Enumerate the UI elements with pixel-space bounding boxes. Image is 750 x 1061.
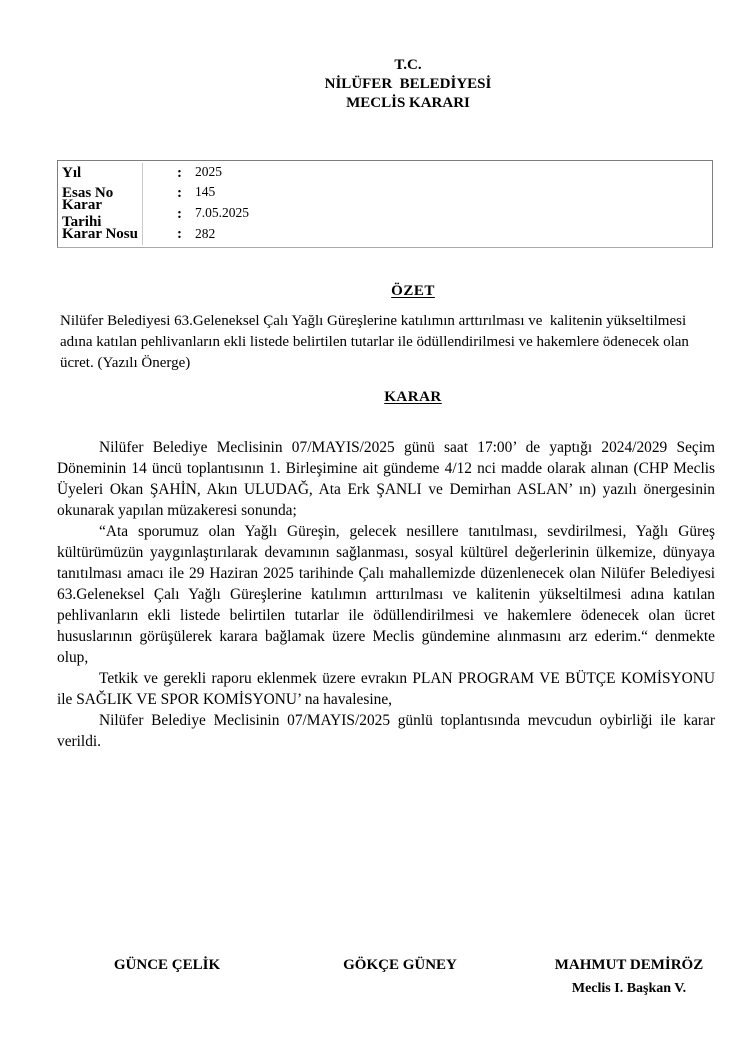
year-value: 2025 [188,164,712,180]
decision-date-value: 7.05.2025 [188,205,712,221]
table-row-case-no: Esas No : 145 [58,183,712,203]
colon-separator: : [142,204,188,225]
signature-name-left: GÜNCE ÇELİK [114,957,220,974]
decision-no-label: Karar Nosu [58,226,142,243]
colon-separator: : [142,183,188,203]
summary-section: ÖZET [57,283,715,300]
colon-separator: : [142,225,188,245]
header-document-type: MECLİS KARARI [79,94,737,113]
summary-paragraph: Nilüfer Belediyesi 63.Geleneksel Çalı Ya… [60,311,712,374]
decision-paragraph-2: “Ata sporumuz olan Yağlı Güreşin, gelece… [57,521,715,668]
header-municipality-name: NİLÜFER BELEDİYESİ [79,75,737,94]
decision-info-table: Yıl : 2025 Esas No : 145 Karar Tarihi : … [57,160,713,248]
summary-heading: ÖZET [391,283,435,299]
decision-body: Nilüfer Belediye Meclisinin 07/MAYIS/202… [57,437,715,752]
document-header: T.C. NİLÜFER BELEDİYESİ MECLİS KARARI [57,56,715,113]
colon-separator: : [142,163,188,183]
signature-name-right: MAHMUT DEMİRÖZ [555,957,703,974]
case-no-value: 145 [188,184,712,200]
year-label: Yıl [58,165,142,182]
decision-paragraph-4: Nilüfer Belediye Meclisinin 07/MAYIS/202… [57,710,715,752]
header-state-title: T.C. [79,56,737,75]
decision-paragraph-3: Tetkik ve gerekli raporu eklenmek üzere … [57,668,715,710]
table-row-decision-no: Karar Nosu : 282 [58,225,712,245]
signature-name-center: GÖKÇE GÜNEY [343,957,457,974]
decision-heading: KARAR [384,389,442,405]
table-row-decision-date: Karar Tarihi : 7.05.2025 [58,204,712,225]
table-row-year: Yıl : 2025 [58,163,712,183]
decision-no-value: 282 [188,226,712,242]
decision-section: KARAR [57,389,715,406]
decision-paragraph-1: Nilüfer Belediye Meclisinin 07/MAYIS/202… [57,437,715,521]
council-decision-document: T.C. NİLÜFER BELEDİYESİ MECLİS KARARI Yı… [0,0,750,1061]
signature-title-right: Meclis I. Başkan V. [572,981,686,997]
